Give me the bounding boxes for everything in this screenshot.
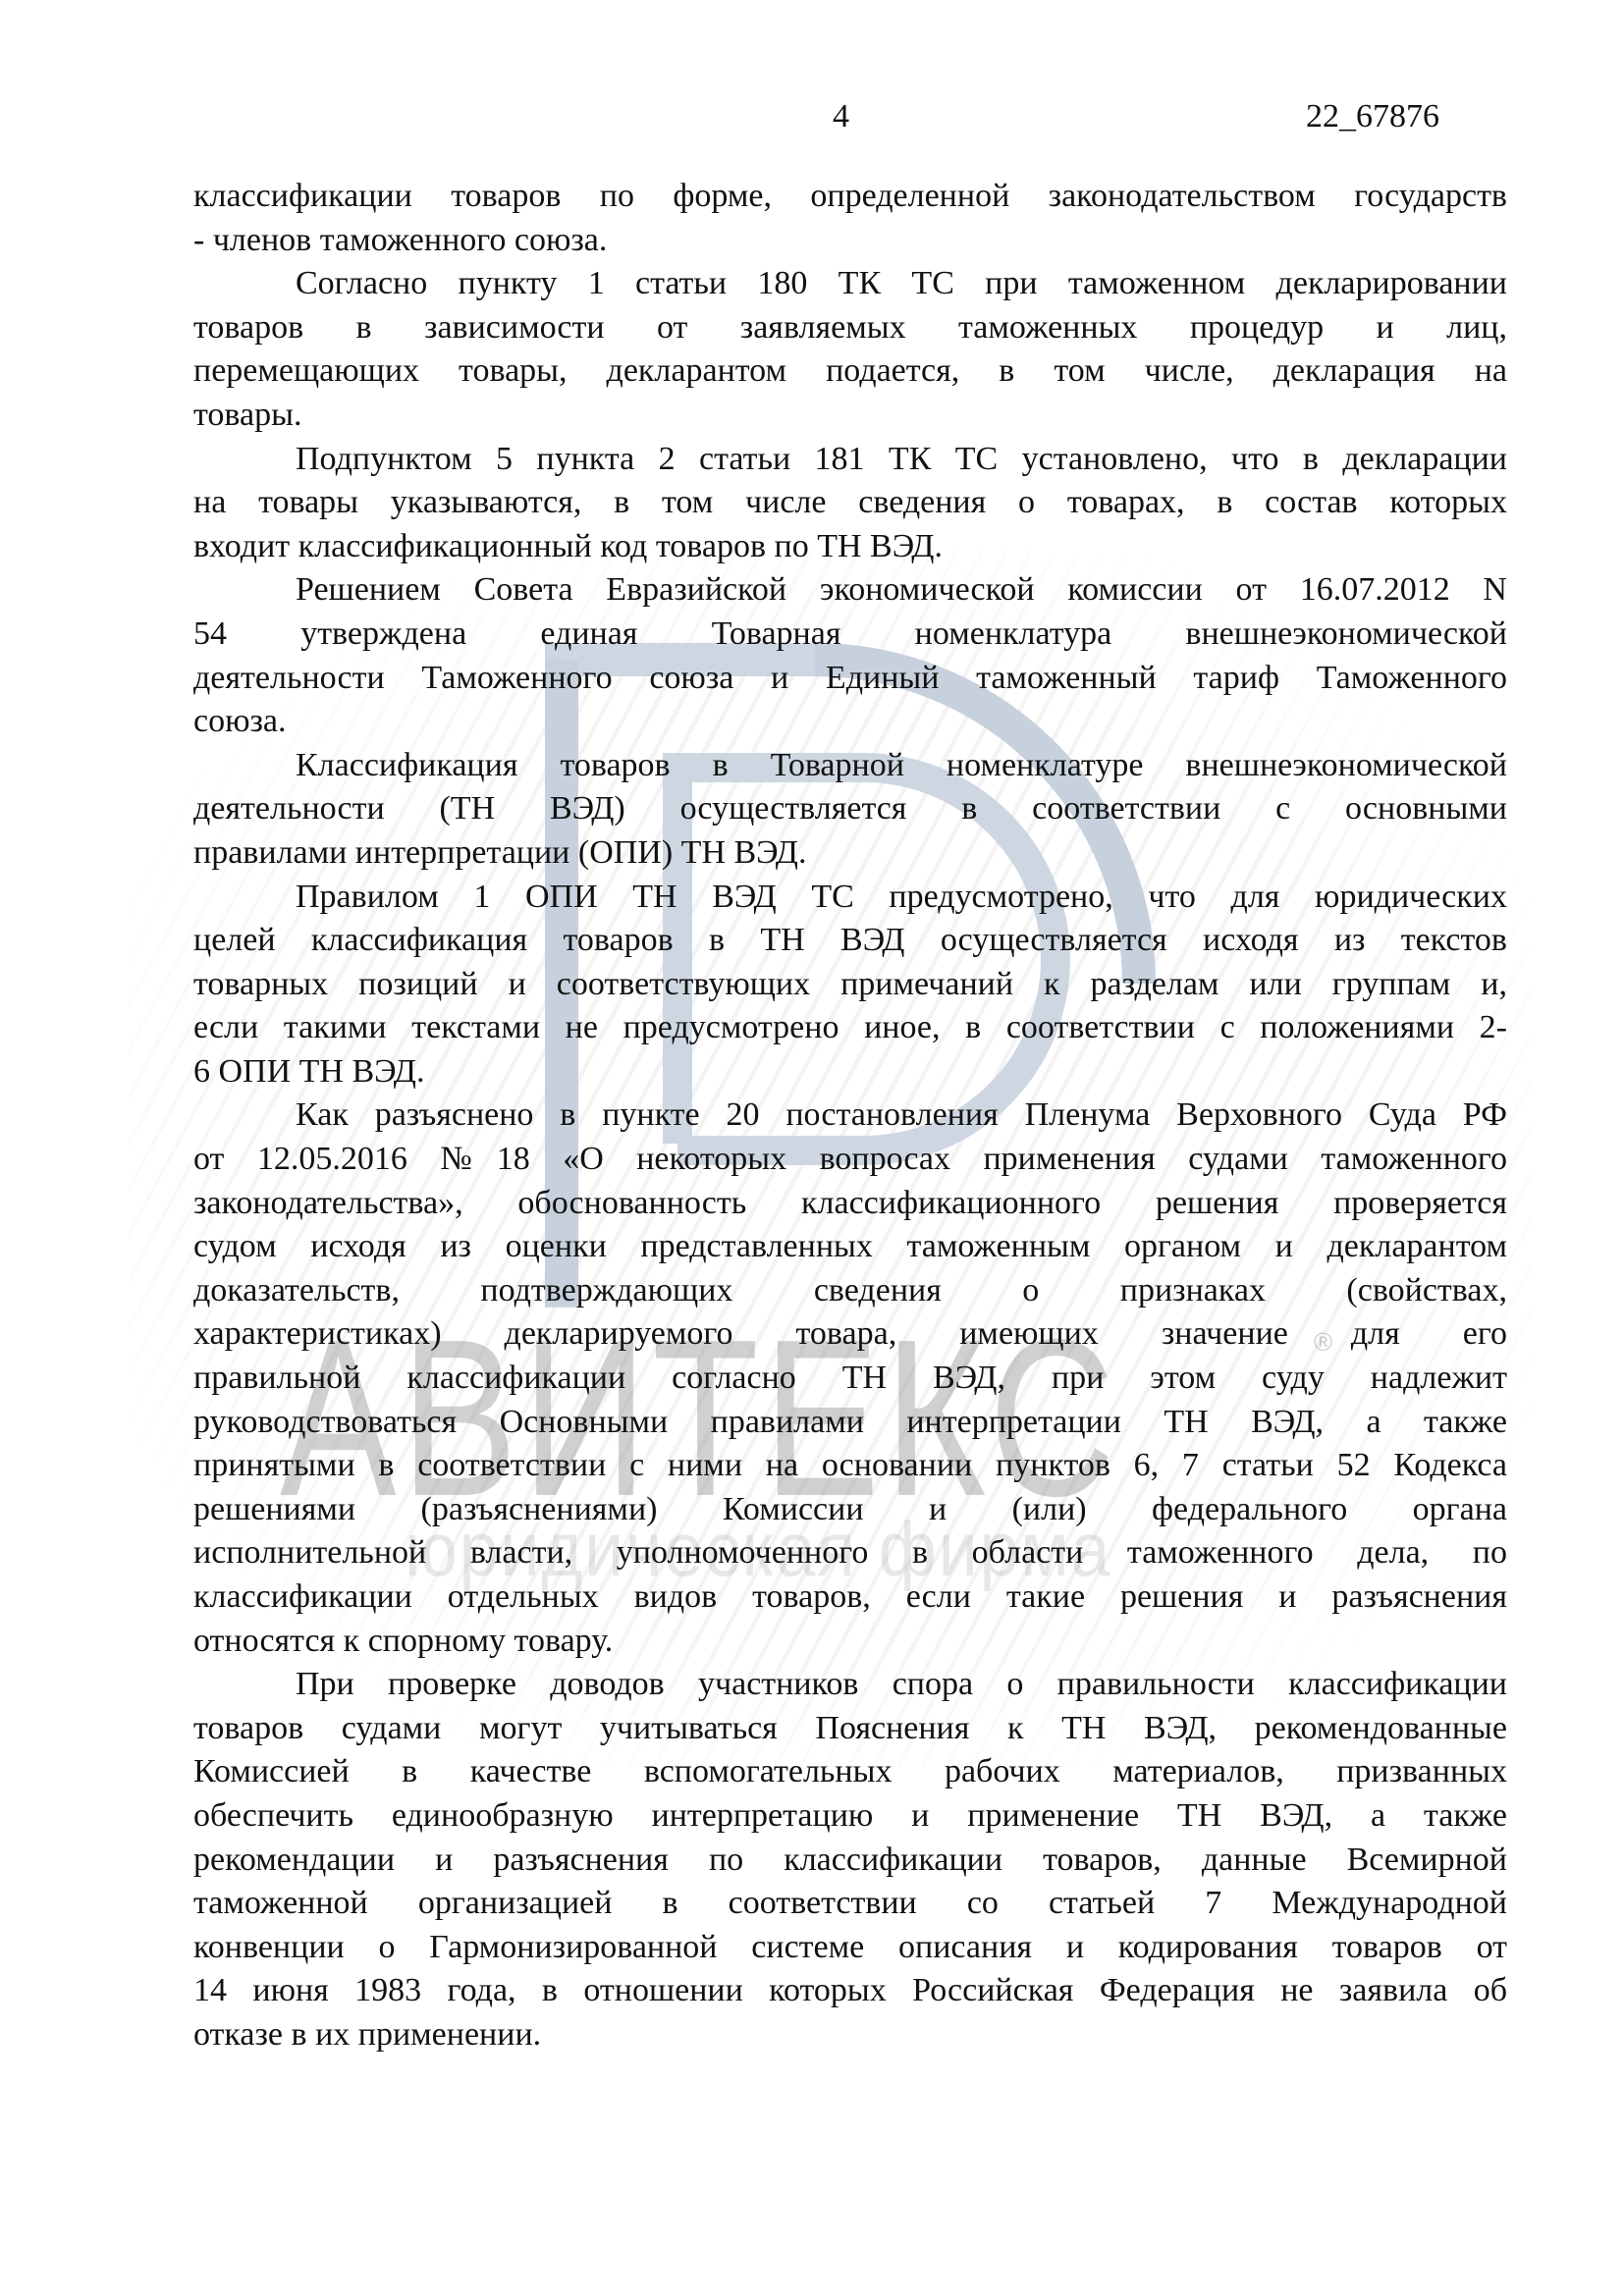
text-line: правильной классификации согласно ТН ВЭД… (193, 1357, 1507, 1401)
text-line: Решением Совета Евразийской экономическо… (193, 568, 1507, 613)
text-line: законодательства», обоснованность класси… (193, 1182, 1507, 1226)
text-line: - членов таможенного союза. (193, 219, 1507, 263)
text-line: если такими текстами не предусмотрено ин… (193, 1006, 1507, 1050)
paragraph: Подпунктом 5 пункта 2 статьи 181 ТК ТС у… (193, 438, 1507, 569)
text-line: Комиссией в качестве вспомогательных раб… (193, 1750, 1507, 1794)
document-code: 22_67876 (1306, 98, 1439, 135)
text-line: целей классификация товаров в ТН ВЭД осу… (193, 919, 1507, 963)
text-line: союза. (193, 700, 1507, 744)
text-line: товаров судами могут учитываться Пояснен… (193, 1707, 1507, 1751)
page-number: 4 (833, 98, 849, 135)
text-line: классификации товаров по форме, определе… (193, 175, 1507, 219)
text-line: руководствоваться Основными правилами ин… (193, 1401, 1507, 1445)
text-line: 14 июня 1983 года, в отношении которых Р… (193, 1969, 1507, 2013)
text-line: перемещающих товары, декларантом подаетс… (193, 349, 1507, 394)
text-line: товары. (193, 394, 1507, 438)
text-line: товаров в зависимости от заявляемых тамо… (193, 306, 1507, 350)
text-line: судом исходя из оценки представленных та… (193, 1225, 1507, 1269)
document-page: АВИТЕКС ® юридическая фирма 4 22_67876 к… (0, 0, 1624, 2296)
paragraph: Решением Совета Евразийской экономическо… (193, 568, 1507, 743)
text-line: классификации отдельных видов товаров, е… (193, 1575, 1507, 1620)
paragraph: Правилом 1 ОПИ ТН ВЭД ТС предусмотрено, … (193, 876, 1507, 1095)
text-line: рекомендации и разъяснения по классифика… (193, 1839, 1507, 1883)
text-line: Согласно пункту 1 статьи 180 ТК ТС при т… (193, 262, 1507, 306)
text-line: отказе в их применении. (193, 2013, 1507, 2057)
text-line: правилами интерпретации (ОПИ) ТН ВЭД. (193, 831, 1507, 876)
text-line: Подпунктом 5 пункта 2 статьи 181 ТК ТС у… (193, 438, 1507, 482)
paragraph: Согласно пункту 1 статьи 180 ТК ТС при т… (193, 262, 1507, 437)
text-line: 6 ОПИ ТН ВЭД. (193, 1050, 1507, 1095)
text-line: 54 утверждена единая Товарная номенклату… (193, 613, 1507, 657)
document-body: классификации товаров по форме, определе… (193, 175, 1507, 2057)
text-line: обеспечить единообразную интерпретацию и… (193, 1794, 1507, 1839)
text-line: характеристиках) декларируемого товара, … (193, 1312, 1507, 1357)
text-line: входит классификационный код товаров по … (193, 525, 1507, 569)
text-line: относятся к спорному товару. (193, 1620, 1507, 1664)
text-line: Как разъяснено в пункте 20 постановления… (193, 1094, 1507, 1138)
text-line: доказательств, подтверждающих сведения о… (193, 1269, 1507, 1313)
text-line: товарных позиций и соответствующих приме… (193, 963, 1507, 1007)
text-line: деятельности Таможенного союза и Единый … (193, 657, 1507, 701)
text-line: Правилом 1 ОПИ ТН ВЭД ТС предусмотрено, … (193, 876, 1507, 920)
text-line: на товары указываются, в том числе сведе… (193, 481, 1507, 525)
text-line: конвенции о Гармонизированной системе оп… (193, 1926, 1507, 1970)
paragraph: Как разъяснено в пункте 20 постановления… (193, 1094, 1507, 1663)
paragraph: классификации товаров по форме, определе… (193, 175, 1507, 262)
text-line: Классификация товаров в Товарной номенкл… (193, 744, 1507, 788)
text-line: таможенной организацией в соответствии с… (193, 1882, 1507, 1926)
text-line: деятельности (ТН ВЭД) осуществляется в с… (193, 787, 1507, 831)
paragraph: Классификация товаров в Товарной номенкл… (193, 744, 1507, 876)
text-line: решениями (разъяснениями) Комиссии и (ил… (193, 1488, 1507, 1532)
text-line: от 12.05.2016 №18 «О некоторых вопросах … (193, 1138, 1507, 1182)
text-line: исполнительной власти, уполномоченного в… (193, 1531, 1507, 1575)
paragraph: При проверке доводов участников спора о … (193, 1663, 1507, 2056)
text-line: При проверке доводов участников спора о … (193, 1663, 1507, 1707)
text-line: принятыми в соответствии с ними на основ… (193, 1444, 1507, 1488)
